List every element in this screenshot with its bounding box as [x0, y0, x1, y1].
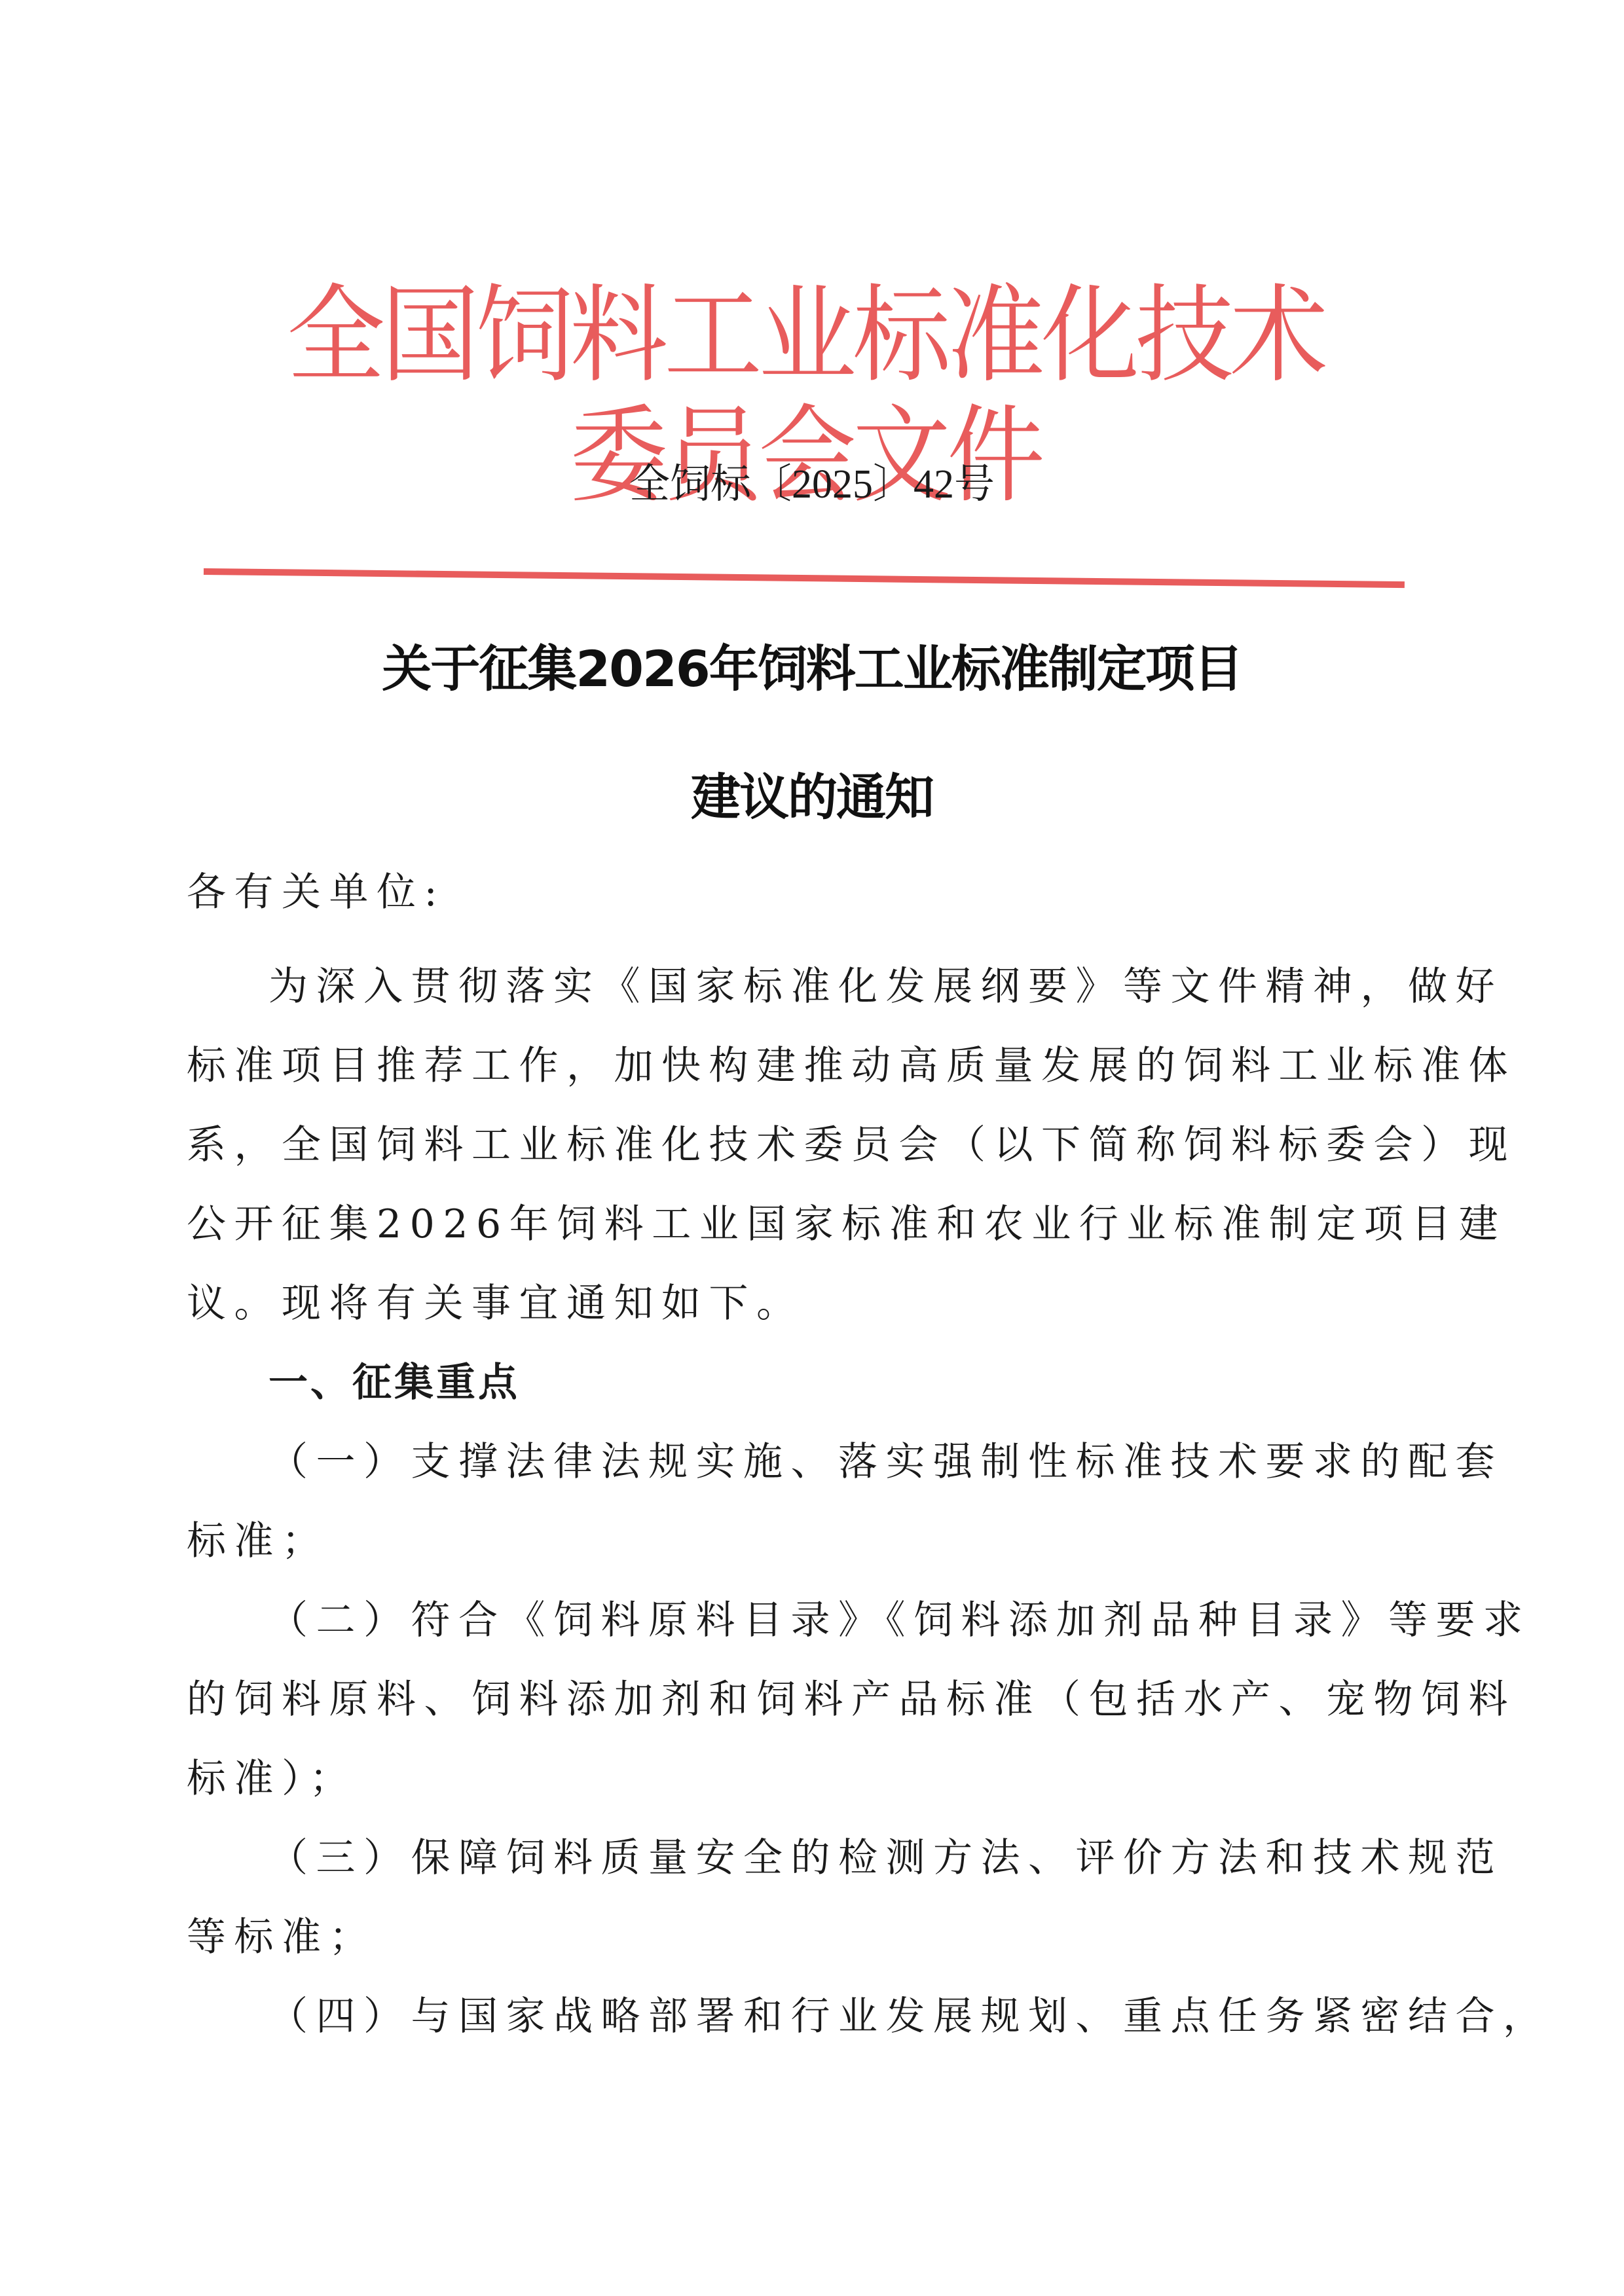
intro-line: 议。现将有关事宜通知如下。 [187, 1274, 1424, 1333]
intro-line: 标准项目推荐工作，加快构建推动高质量发展的饲料工业标准体 [187, 1036, 1424, 1095]
item-4-line: （四）与国家战略部署和行业发展规划、重点任务紧密结合， [268, 1987, 1424, 2046]
intro-line: 为深入贯彻落实《国家标准化发展纲要》等文件精神，做好 [268, 957, 1424, 1016]
notice-title-line-2: 建议的通知 [0, 765, 1624, 830]
item-2-line: （二）符合《饲料原料目录》《饲料添加剂品种目录》等要求 [268, 1591, 1424, 1650]
salutation: 各有关单位: [187, 863, 1424, 922]
item-2-line: 标准）； [187, 1749, 1424, 1808]
org-header-title: 全国饲料工业标准化技术委员会文件 [275, 276, 1336, 396]
red-divider-rule [204, 568, 1405, 588]
item-2-line: 的饲料原料、饲料添加剂和饲料产品标准（包括水产、宠物饲料 [187, 1670, 1424, 1729]
item-1-line: （一）支撑法律法规实施、落实强制性标准技术要求的配套 [268, 1432, 1424, 1491]
document-page: 全国饲料工业标准化技术委员会文件 全饲标〔2025〕42号 关于征集2026年饲… [0, 0, 1624, 2296]
item-1-line: 标准； [187, 1512, 1424, 1571]
item-3-line: （三）保障饲料质量安全的检测方法、评价方法和技术规范 [268, 1829, 1424, 1887]
intro-line: 系，全国饲料工业标准化技术委员会（以下简称饲料标委会）现 [187, 1116, 1424, 1175]
section-heading-1: 一、征集重点 [268, 1353, 1424, 1412]
intro-line: 公开征集2026年饲料工业国家标准和农业行业标准制定项目建 [187, 1195, 1424, 1254]
notice-title-line-1: 关于征集2026年饲料工业标准制定项目 [0, 636, 1624, 702]
item-3-line: 等标准； [187, 1908, 1424, 1967]
document-number: 全饲标〔2025〕42号 [0, 458, 1624, 511]
